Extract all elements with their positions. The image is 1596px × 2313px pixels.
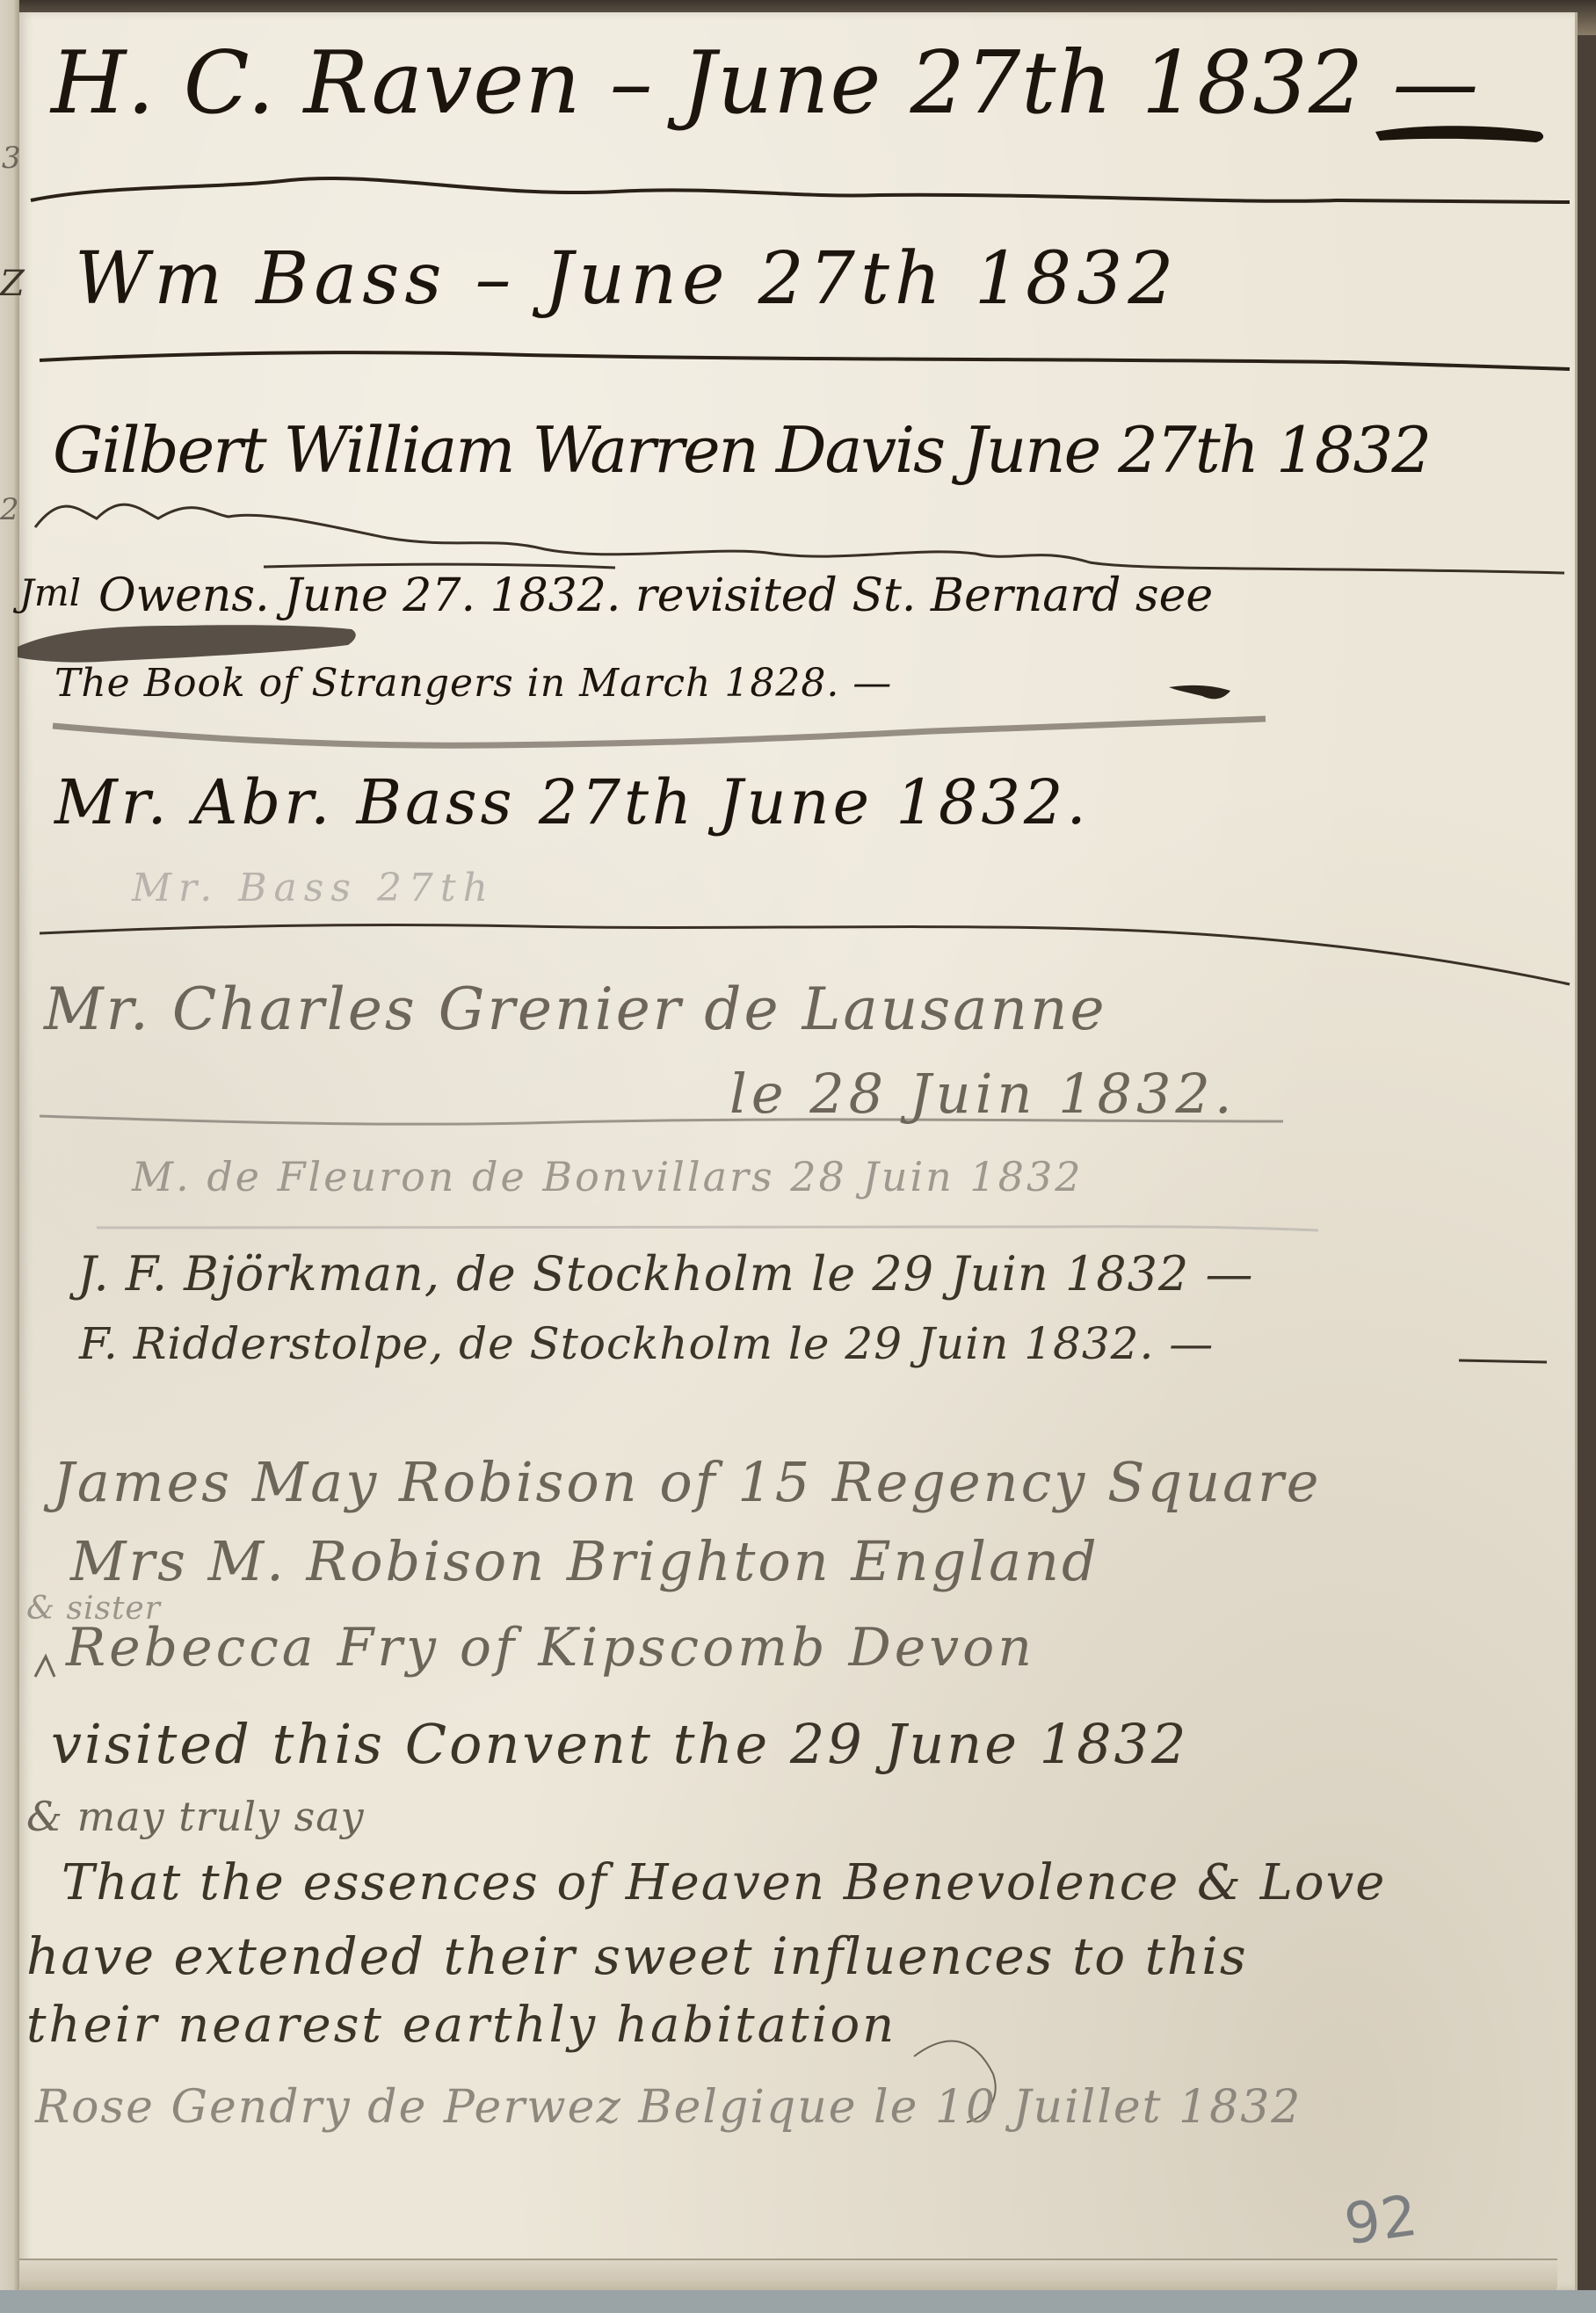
entry-robison-line-1: James May Robison of 15 Regency Square: [53, 1450, 1321, 1514]
entry-grenier-line-2: le 28 Juin 1832.: [729, 1062, 1237, 1126]
entry-abr-bass: Mr. Abr. Bass 27th June 1832.: [54, 766, 1090, 838]
page-number: 92: [1340, 2184, 1422, 2259]
entry-bass: Wm Bass – June 27th 1832: [75, 237, 1179, 321]
entry-habitation: their nearest earthly habitation: [26, 1997, 896, 2054]
entry-fleuron: M. de Fleuron de Bonvillars 28 Juin 1832: [132, 1153, 1083, 1200]
entry-ridderstolpe: F. Ridderstolpe, de Stockholm le 29 Juin…: [79, 1318, 1214, 1369]
facing-page-edge: [0, 0, 19, 2313]
entry-davis: Gilbert William Warren Davis June 27th 1…: [53, 413, 1430, 487]
entry-extended: have extended their sweet influences to …: [26, 1926, 1248, 1986]
margin-mark: Z: [0, 264, 25, 304]
margin-mark: 3: [2, 141, 21, 176]
margin-mark: 2: [0, 492, 19, 527]
entry-raven: H. C. Raven – June 27th 1832 —: [51, 33, 1479, 134]
entry-owens-line-1: Owens. June 27. 1832. revisited St. Bern…: [98, 569, 1213, 622]
entry-fry: Rebecca Fry of Kipscomb Devon: [66, 1617, 1035, 1679]
entry-grenier-line-1: Mr. Charles Grenier de Lausanne: [44, 975, 1107, 1043]
entry-robison-line-2: Mrs M. Robison Brighton England: [70, 1529, 1099, 1593]
margin-note: Jml: [19, 571, 81, 614]
entry-visited: visited this Convent the 29 June 1832: [51, 1712, 1188, 1776]
entry-owens-line-2: The Book of Strangers in March 1828. —: [54, 661, 892, 706]
entry-bjorkman: J. F. Björkman, de Stockholm le 29 Juin …: [77, 1246, 1253, 1302]
entry-essences: That the essences of Heaven Benevolence …: [62, 1854, 1386, 1911]
entry-may-say: & may truly say: [26, 1793, 365, 1840]
scan-bottom-strip: [0, 2290, 1596, 2313]
bleed-through-text: Mr. Bass 27th: [132, 866, 495, 910]
entry-belgique: Rose Gendry de Perwez Belgique le 10 Jui…: [35, 2081, 1302, 2134]
